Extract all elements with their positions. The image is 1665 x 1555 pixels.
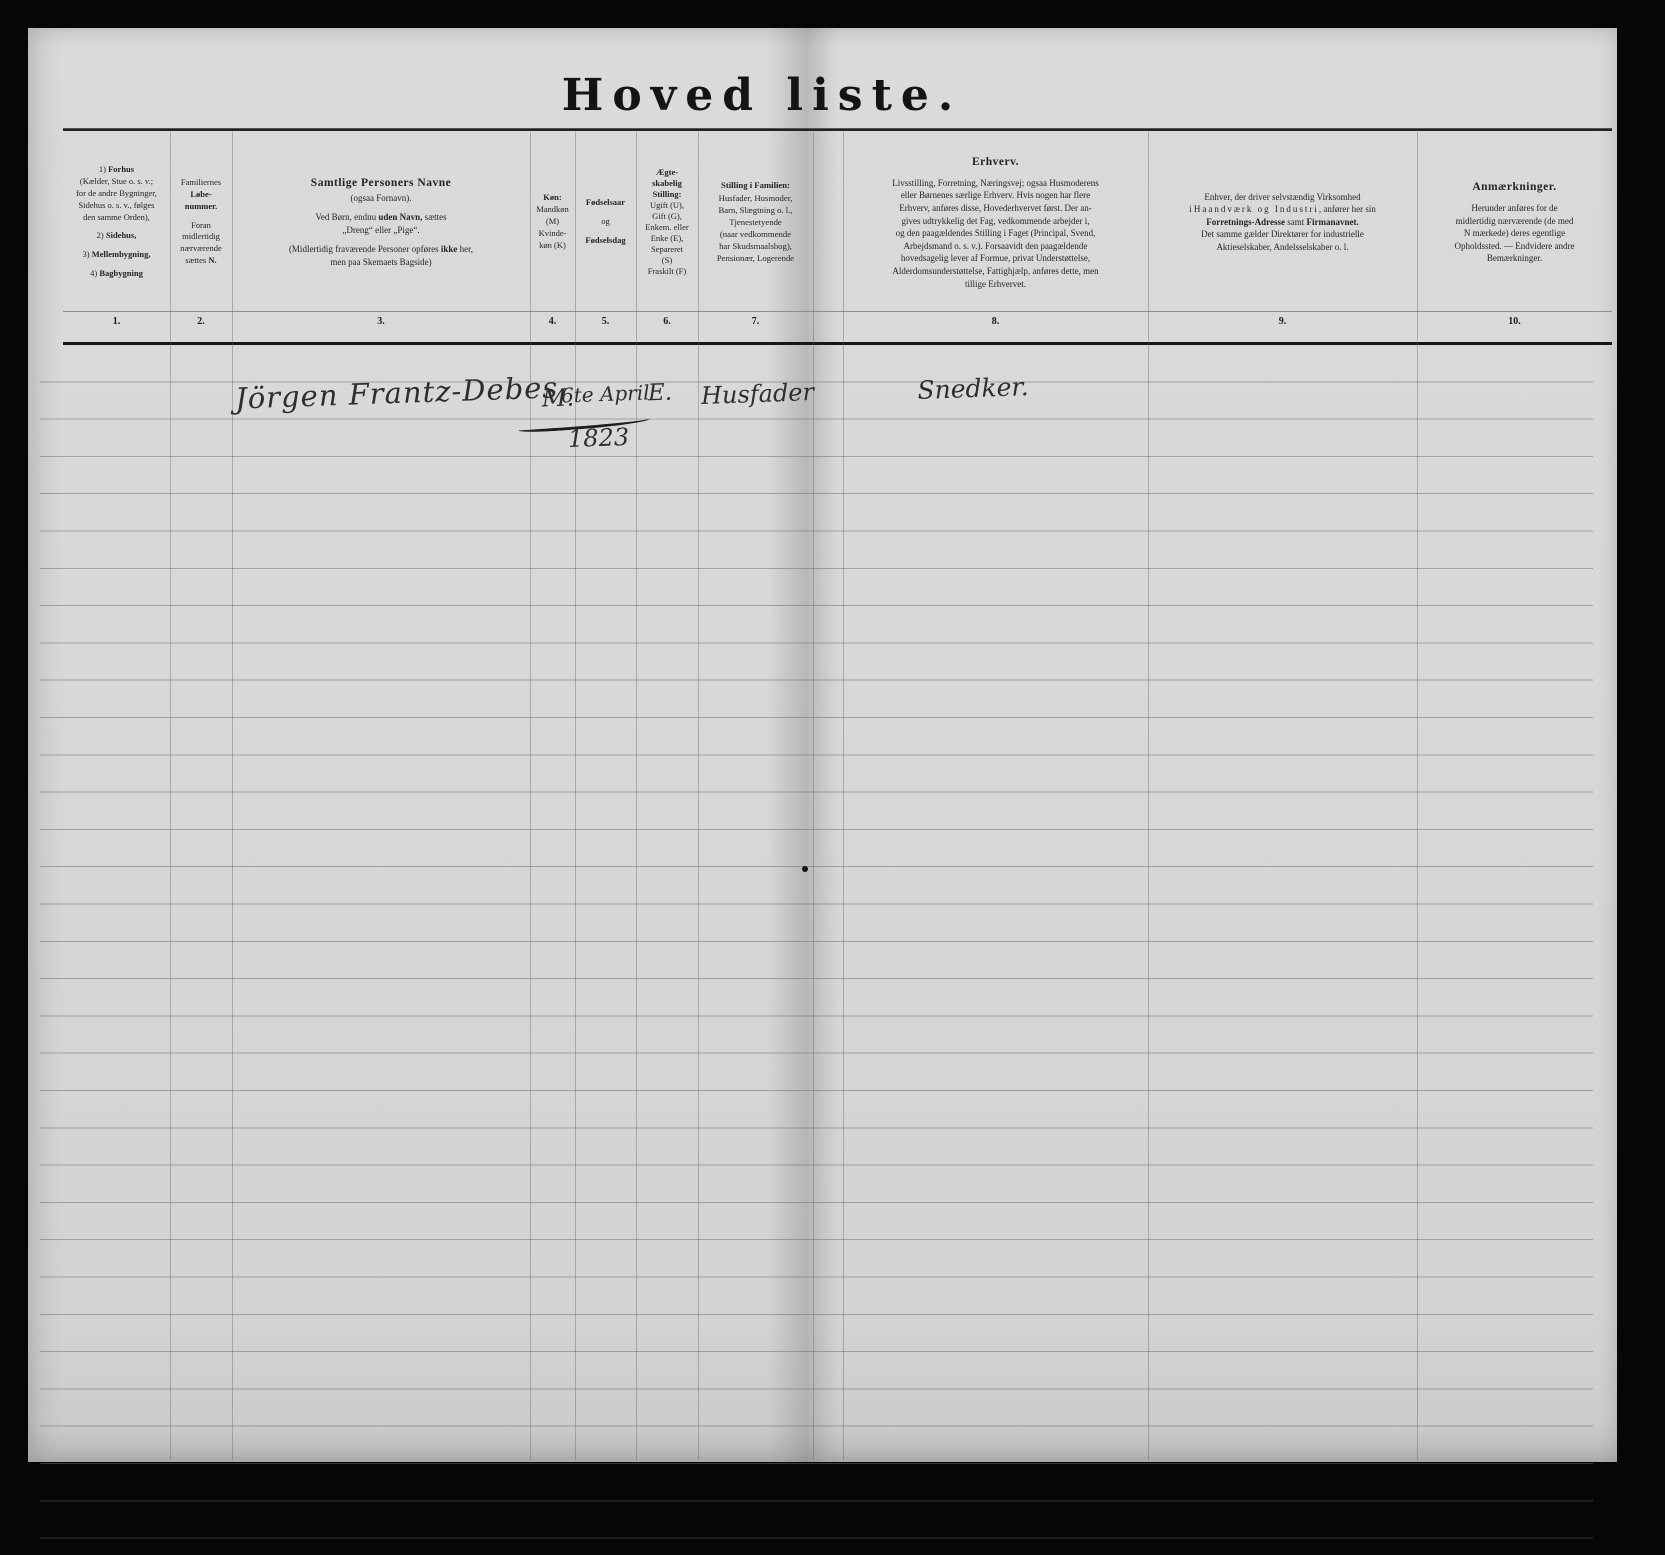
column-number-4: 4. <box>530 316 575 327</box>
column-number-10: 10. <box>1417 316 1612 327</box>
column-number-1: 1. <box>65 316 168 327</box>
column-header-birthdate: FødselsaarogFødselsdag <box>575 134 636 310</box>
entry-birth-year-handwritten: 1823 <box>568 423 630 453</box>
entry-marital-status-handwritten: E. <box>648 380 673 407</box>
entry-family-position-handwritten: Husfader <box>700 378 816 410</box>
census-table: 1) Forhus(Kælder, Stue o. s. v.;for de a… <box>63 128 1612 1462</box>
column-header-family-number: FamiliernesLøbe-nummer.Foranmidlertidign… <box>170 134 232 310</box>
column-number-7: 7. <box>698 316 813 327</box>
column-number-9: 9. <box>1148 316 1417 327</box>
header-separator-rule <box>63 311 1612 312</box>
entry-birth-day-handwritten: 6te April <box>561 380 650 407</box>
table-top-rule <box>63 128 1612 131</box>
column-header-remarks: Anmærkninger.Herunder anføres for demidl… <box>1417 134 1612 310</box>
page-title: Hoved liste. <box>412 70 1112 121</box>
column-number-6: 6. <box>636 316 698 327</box>
column-numbers-row: 1. 2. 3. 4. 5. 6. 7. 8. 9. 10. <box>63 314 1612 340</box>
column-header-business-address: Enhver, der driver selvstændig Virksomhe… <box>1148 134 1417 310</box>
column-header-family-position: Stilling i Familien:Husfader, Husmoder,B… <box>698 134 813 310</box>
column-number-5: 5. <box>575 316 636 327</box>
column-number-3: 3. <box>232 316 530 327</box>
column-header-building: 1) Forhus(Kælder, Stue o. s. v.;for de a… <box>65 134 168 310</box>
paper-sheet: Hoved liste. 1) Forhus(Kælder, Stue o. s… <box>28 28 1617 1462</box>
column-header-names: Samtlige Personers Navne(ogsaa Fornavn).… <box>232 134 530 310</box>
column-number-8: 8. <box>843 316 1148 327</box>
ink-speck <box>802 866 808 872</box>
ruled-rows <box>40 345 1593 1500</box>
scanned-census-page: { "page": { "title": "Hoved liste." }, "… <box>0 0 1665 1500</box>
column-header-marital-status: Ægte-skabeligStilling:Ugift (U),Gift (G)… <box>636 134 698 310</box>
column-header-occupation: Erhverv.Livsstilling, Forretning, Næring… <box>843 134 1148 310</box>
column-header-sex: Køn:Mandkøn(M)Kvinde-køn (K) <box>530 134 575 310</box>
entry-occupation-handwritten: Snedker. <box>888 371 1059 406</box>
column-number-2: 2. <box>170 316 232 327</box>
